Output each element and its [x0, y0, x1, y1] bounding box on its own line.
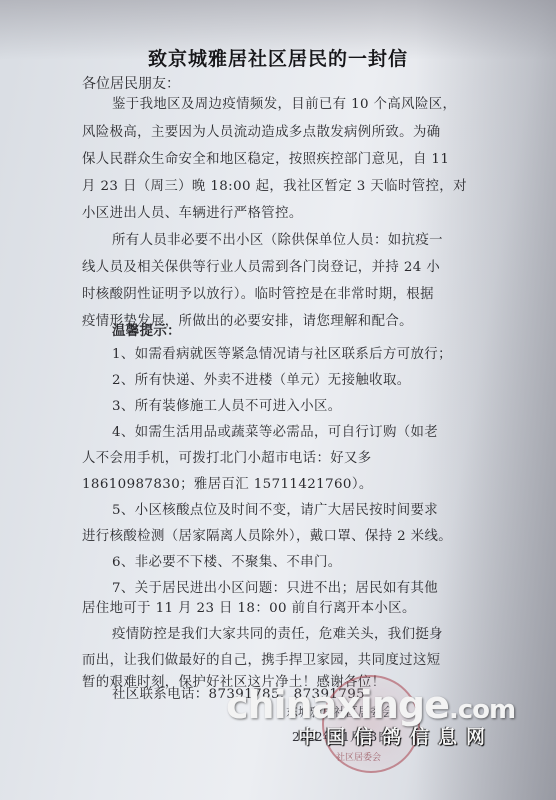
letter-page: 致京城雅居社区居民的一封信 各位居民朋友： 鉴于我地区及周边疫情频发，目前已有 …: [0, 0, 556, 800]
tip-item-4: 4、如需生活用品或蔬菜等必需品，可自行订购（如老: [112, 424, 462, 442]
tip-item-4-cont: 人不会用手机，可拨打北门小超市电话：好又多: [82, 450, 462, 468]
watermark-site: chinaxinge.com: [226, 683, 515, 727]
paragraph1-line: 小区进出人员、车辆进行严格管控。: [82, 205, 462, 223]
tip-item-5-cont: 进行核酸检测（居家隔离人员除外），戴口罩、保持 2 米线。: [82, 528, 462, 546]
tips-heading: 温馨提示：: [112, 322, 462, 340]
tip-item-5: 5、小区核酸点位及时间不变，请广大居民按时间要求: [112, 502, 462, 520]
paragraph1-line: 月 23 日（周三）晚 18:00 起，我社区暂定 3 天临时管控，对: [82, 178, 462, 196]
tip-item-3: 3、所有装修施工人员不可进入小区。: [112, 398, 462, 416]
paragraph2-line: 所有人员非必要不出小区（除供保单位人员：如抗疫一: [112, 232, 462, 250]
paragraph1-line: 保人民群众生命安全和地区稳定，按照疾控部门意见，自 11: [82, 151, 462, 169]
letter-title: 致京城雅居社区居民的一封信: [0, 44, 556, 71]
closing-line: 疫情防控是我们大家共同的责任，危难关头，我们挺身: [112, 626, 462, 644]
tip-item-4-cont: 18610987830；雅居百汇 15711421760）。: [82, 476, 462, 494]
stamp-text: 社区居委会: [336, 750, 381, 763]
paragraph2-line: 线人员及相关保供等行业人员需到各门岗登记，并持 24 小: [82, 259, 462, 277]
tip-item-1: 1、如需看病就医等紧急情况请与社区联系后方可放行；: [112, 346, 462, 364]
closing-line: 而出，让我们做最好的自己，携手捍卫家园，共同度过这短: [82, 652, 462, 670]
paragraph2-line: 时核酸阴性证明予以放行）。临时管控是在非常时期，根据: [82, 286, 462, 304]
tip-item-7-cont: 居住地可于 11 月 23 日 18：00 前自行离开本小区。: [82, 600, 462, 618]
watermark-site-name: chinaxinge: [226, 683, 449, 727]
tip-item-2: 2、所有快递、外卖不进楼（单元）无接触收取。: [112, 372, 462, 390]
paragraph1-line: 风险极高，主要因为人员流动造成多点散发病例所致。为确: [82, 124, 462, 142]
letter-greeting: 各位居民朋友：: [82, 73, 180, 93]
tip-item-6: 6、非必要不下楼、不聚集、不串门。: [112, 554, 462, 572]
paragraph1-line: 鉴于我地区及周边疫情频发，目前已有 10 个高风险区，: [112, 96, 462, 114]
watermark-name-cn: 中国信鸽信息网: [298, 722, 494, 749]
watermark-site-suffix: .com: [449, 695, 515, 725]
tip-item-7: 7、关于居民进出小区问题：只进不出；居民如有其他: [112, 580, 462, 598]
